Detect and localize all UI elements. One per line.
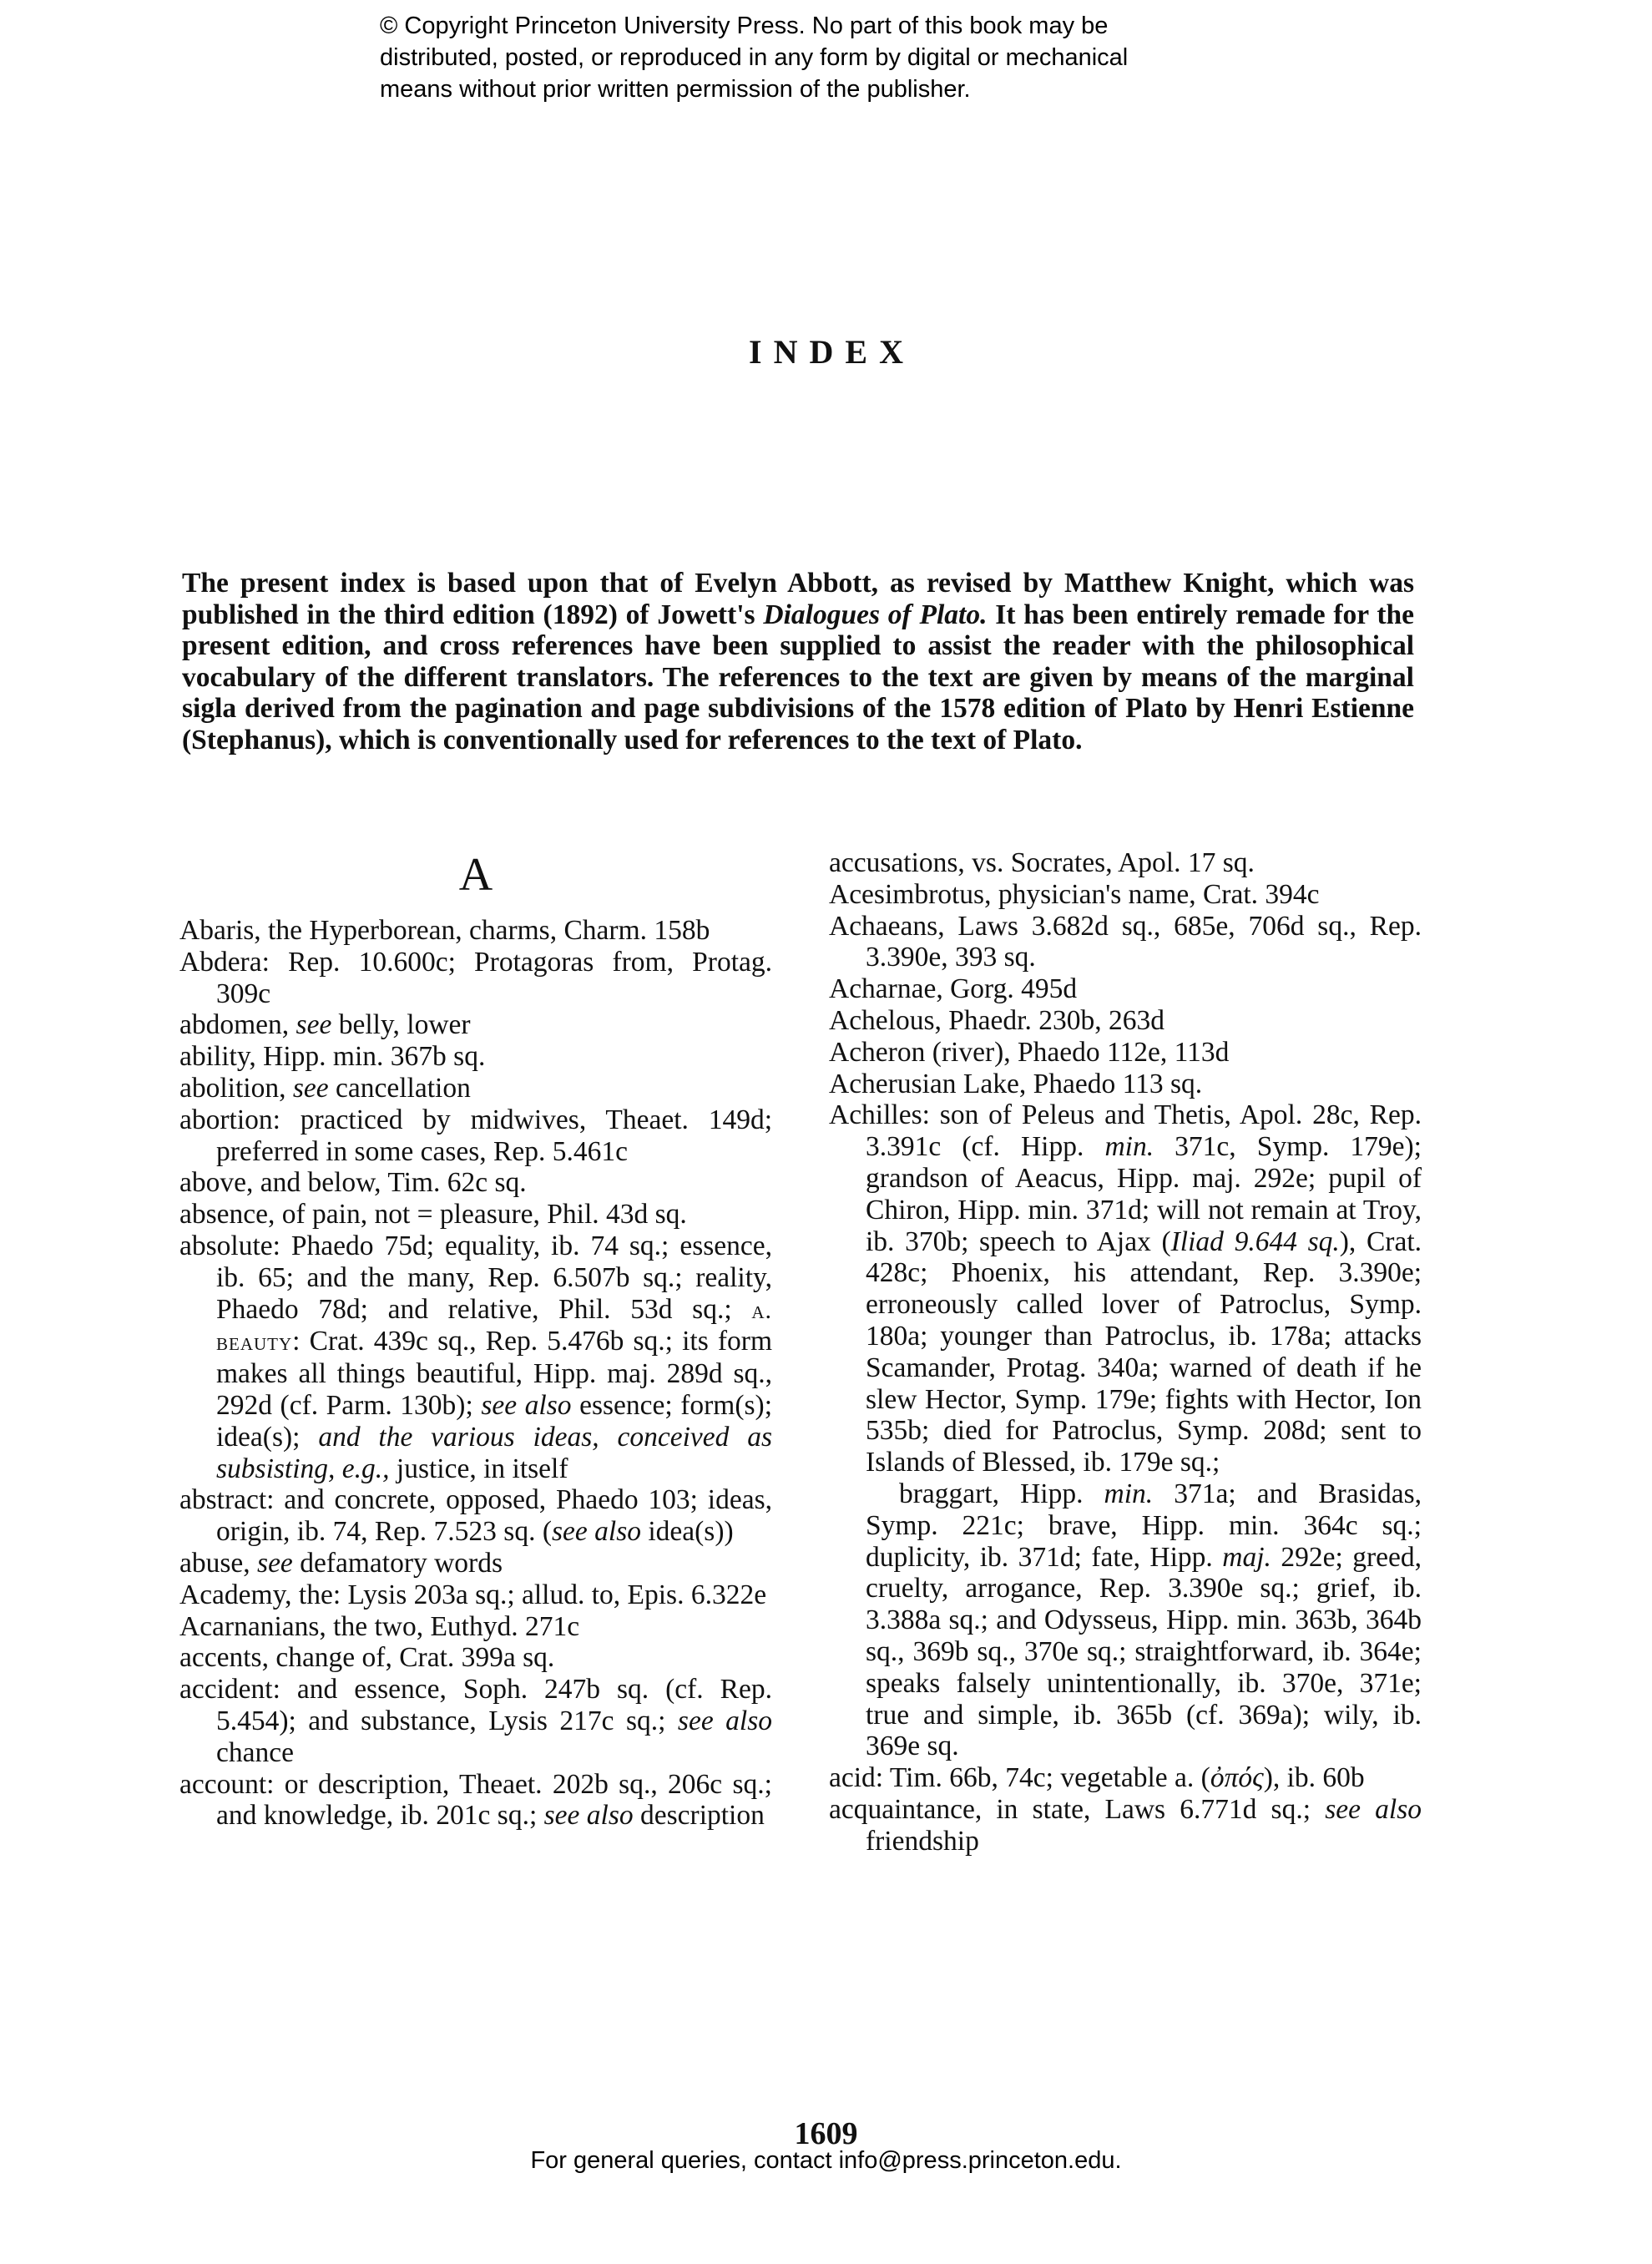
index-entry: ability, Hipp. min. 367b sq.	[179, 1041, 772, 1073]
page-title: INDEX	[0, 332, 1652, 371]
index-entry: abdomen, see belly, lower	[179, 1009, 772, 1041]
index-entry: acquaintance, in state, Laws 6.771d sq.;…	[829, 1794, 1422, 1857]
index-column-left: A Abaris, the Hyperborean, charms, Charm…	[179, 845, 772, 1832]
index-entry: accusations, vs. Socrates, Apol. 17 sq.	[829, 847, 1422, 879]
copyright-line: © Copyright Princeton University Press. …	[380, 10, 1298, 42]
index-entry: Abdera: Rep. 10.600c; Protagoras from, P…	[179, 947, 772, 1010]
index-entry: Acarnanians, the two, Euthyd. 271c	[179, 1611, 772, 1643]
index-entry: Acheron (river), Phaedo 112e, 113d	[829, 1037, 1422, 1069]
index-entry: abuse, see defamatory words	[179, 1548, 772, 1579]
index-entry: Achilles: son of Peleus and Thetis, Apol…	[829, 1099, 1422, 1478]
index-entry: acid: Tim. 66b, 74c; vegetable a. (ὀπός)…	[829, 1762, 1422, 1794]
index-entry: Achelous, Phaedr. 230b, 263d	[829, 1005, 1422, 1037]
index-entry: abstract: and concrete, opposed, Phaedo …	[179, 1484, 772, 1548]
index-entry: absence, of pain, not = pleasure, Phil. …	[179, 1199, 772, 1231]
index-entry: abolition, see cancellation	[179, 1073, 772, 1104]
index-entry: absolute: Phaedo 75d; equality, ib. 74 s…	[179, 1231, 772, 1484]
index-entry: Acherusian Lake, Phaedo 113 sq.	[829, 1069, 1422, 1100]
intro-paragraph: The present index is based upon that of …	[182, 568, 1414, 756]
copyright-notice: © Copyright Princeton University Press. …	[380, 10, 1298, 105]
index-entry: Abaris, the Hyperborean, charms, Charm. …	[179, 915, 772, 947]
index-column-right: accusations, vs. Socrates, Apol. 17 sq. …	[829, 847, 1422, 1857]
index-entry-continued: braggart, Hipp. min. 371a; and Brasidas,…	[829, 1478, 1422, 1762]
index-entry: Acesimbrotus, physician's name, Crat. 39…	[829, 879, 1422, 911]
section-letter: A	[179, 850, 772, 900]
footer-contact: For general queries, contact info@press.…	[0, 2147, 1652, 2175]
index-entry: Acharnae, Gorg. 495d	[829, 973, 1422, 1005]
index-entry: abortion: practiced by midwives, Theaet.…	[179, 1104, 772, 1168]
index-entry: account: or description, Theaet. 202b sq…	[179, 1769, 772, 1832]
intro-italic-title: Dialogues of Plato.	[763, 599, 987, 630]
index-entry: accents, change of, Crat. 399a sq.	[179, 1642, 772, 1674]
index-entry: Academy, the: Lysis 203a sq.; allud. to,…	[179, 1579, 772, 1611]
copyright-line: distributed, posted, or reproduced in an…	[380, 42, 1298, 73]
index-entry: above, and below, Tim. 62c sq.	[179, 1167, 772, 1199]
copyright-line: means without prior written permission o…	[380, 73, 1298, 105]
index-entry: accident: and essence, Soph. 247b sq. (c…	[179, 1674, 772, 1768]
index-entry: Achaeans, Laws 3.682d sq., 685e, 706d sq…	[829, 911, 1422, 974]
